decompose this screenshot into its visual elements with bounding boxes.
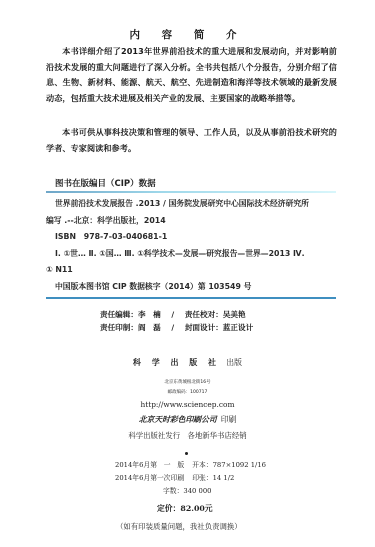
cip-title-line: 世界前沿技术发展报告 .2013 / 国务院发展研究中心国际技术经济研究所 xyxy=(46,196,341,213)
edition-row: 2014年6月第 一 版开本：787×1092 1/16 xyxy=(115,459,266,471)
edition: 2014年6月第 一 版 xyxy=(115,461,184,469)
responsible-printing: 责任印制：阎 磊 xyxy=(100,323,161,332)
copyright-page: 内 容 简 介 本书详细介绍了2013年世界前沿技术的重大进展和发展动向，并对影… xyxy=(0,0,375,547)
printing: 2014年6月第一次印刷 xyxy=(115,474,184,482)
printing-row: 2014年6月第一次印刷印张：14 1/2 xyxy=(115,472,234,484)
word-count: 字数：340 000 xyxy=(163,485,212,497)
responsible-proofreader: 责任校对：吴美艳 xyxy=(185,310,246,319)
cip-data-block: 世界前沿技术发展报告 .2013 / 国务院发展研究中心国际技术经济研究所 编写… xyxy=(46,196,341,295)
bullet-dot xyxy=(185,452,188,455)
cip-divider-top xyxy=(46,191,336,193)
publisher-website: http://www.sciencep.com xyxy=(0,400,375,409)
responsible-editor: 责任编辑：李 楠 xyxy=(100,310,161,319)
format: 开本：787×1092 1/16 xyxy=(192,461,266,469)
cip-heading: 图书在版编目（CIP）数据 xyxy=(55,177,156,189)
cover-design: 封面设计：蓝正设计 xyxy=(185,323,253,332)
summary-paragraph-2-text: 本书可供从事科技决策和管理的领导、工作人员，以及从事前沿技术研究的学者、专家阅读… xyxy=(46,127,337,153)
distribution-line: 科学出版社发行 各地新华书店经销 xyxy=(0,430,375,441)
summary-title: 内 容 简 介 xyxy=(0,27,375,42)
separator: / xyxy=(171,323,174,332)
cip-classification: Ⅰ. ①世… Ⅱ. ①国… Ⅲ. ①科学技术—发展—研究报告—世界—2013 Ⅳ… xyxy=(46,246,341,263)
sheets: 印张：14 1/2 xyxy=(192,474,234,482)
separator: / xyxy=(171,310,174,319)
publisher-address: 北京东黄城根北街16号 xyxy=(0,379,375,385)
summary-paragraph-2: 本书可供从事科技决策和管理的领导、工作人员，以及从事前沿技术研究的学者、专家阅读… xyxy=(46,125,337,156)
cip-divider-bottom xyxy=(46,297,336,299)
staff-row-2: 责任印制：阎 磊 / 封面设计：蓝正设计 xyxy=(100,321,320,334)
cip-record-number: 中国版本图书馆 CIP 数据核字（2014）第 103549 号 xyxy=(46,279,341,296)
summary-paragraph-1: 本书详细介绍了2013年世界前沿技术的重大进展和发展动向，并对影响前沿技术发展的… xyxy=(46,44,337,106)
publisher-suffix: 出版 xyxy=(226,358,242,367)
publisher-postcode: 邮政编码：100717 xyxy=(0,389,375,395)
summary-paragraph-1-text: 本书详细介绍了2013年世界前沿技术的重大进展和发展动向，并对影响前沿技术发展的… xyxy=(46,46,337,103)
printer-suffix: 印刷 xyxy=(221,415,237,424)
publisher-line: 科 学 出 版 社出版 xyxy=(0,357,375,368)
printer-line: 北京天时彩色印刷公司印刷 xyxy=(0,414,375,425)
staff-row-1: 责任编辑：李 楠 / 责任校对：吴美艳 xyxy=(100,308,320,321)
price: 定价：82.00元 xyxy=(157,503,213,514)
printer-name: 北京天时彩色印刷公司 xyxy=(139,415,217,424)
quality-notice: （如有印装质量问题，我社负责调换） xyxy=(116,521,242,532)
publisher-name: 科 学 出 版 社 xyxy=(133,357,220,367)
cip-isbn: ISBN 978-7-03-040681-1 xyxy=(46,229,341,246)
cip-publisher-line: 编写 .--北京：科学出版社，2014 xyxy=(46,213,341,230)
cip-classification-code: ① N11 xyxy=(46,262,341,279)
